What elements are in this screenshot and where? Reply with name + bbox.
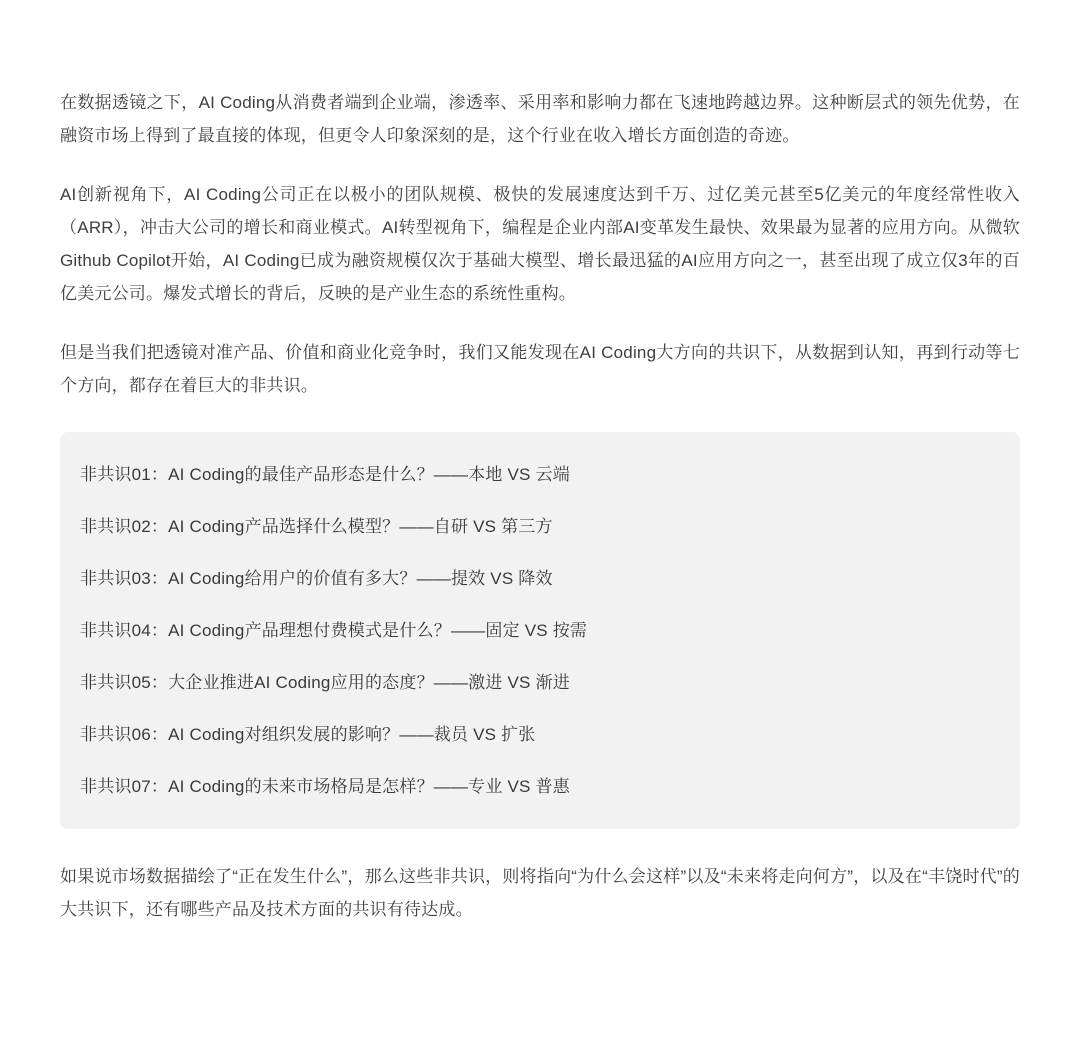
nonconsensus-item-06: 非共识06：AI Coding对组织发展的影响？——裁员 VS 扩张 [80,719,1000,751]
paragraph-ai-innovation: AI创新视角下，AI Coding公司正在以极小的团队规模、极快的发展速度达到千… [60,178,1020,310]
article-page: 在数据透镜之下，AI Coding从消费者端到企业端，渗透率、采用率和影响力都在… [0,0,1080,1059]
nonconsensus-item-05: 非共识05：大企业推进AI Coding应用的态度？——激进 VS 渐进 [80,667,1000,699]
paragraph-nonconsensus-intro: 但是当我们把透镜对准产品、价值和商业化竞争时，我们又能发现在AI Coding大… [60,336,1020,402]
article-body: 在数据透镜之下，AI Coding从消费者端到企业端，渗透率、采用率和影响力都在… [0,0,1080,926]
closing-paragraph: 如果说市场数据描绘了“正在发生什么”，那么这些非共识，则将指向“为什么会这样”以… [60,860,1020,926]
nonconsensus-item-02: 非共识02：AI Coding产品选择什么模型？——自研 VS 第三方 [80,511,1000,543]
nonconsensus-item-03: 非共识03：AI Coding给用户的价值有多大？——提效 VS 降效 [80,563,1000,595]
paragraph-data-lens: 在数据透镜之下，AI Coding从消费者端到企业端，渗透率、采用率和影响力都在… [60,86,1020,152]
nonconsensus-item-01: 非共识01：AI Coding的最佳产品形态是什么？——本地 VS 云端 [80,459,1000,491]
nonconsensus-item-07: 非共识07：AI Coding的未来市场格局是怎样？——专业 VS 普惠 [80,771,1000,803]
nonconsensus-item-04: 非共识04：AI Coding产品理想付费模式是什么？——固定 VS 按需 [80,615,1000,647]
nonconsensus-box: 非共识01：AI Coding的最佳产品形态是什么？——本地 VS 云端 非共识… [60,432,1020,829]
